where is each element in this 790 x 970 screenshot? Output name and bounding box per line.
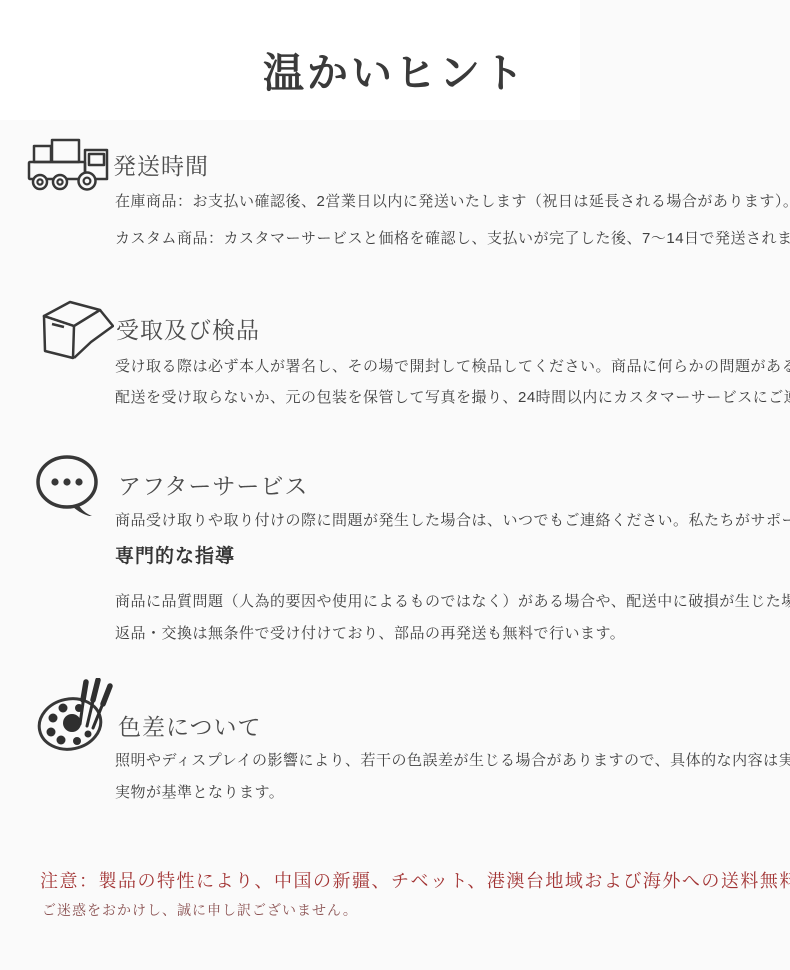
section-heading-color-diff: 色差について <box>118 709 262 742</box>
chat-bubble-icon <box>32 452 108 516</box>
notice-line-secondary: ご迷惑をおかけし、誠に申し訳ございません。 <box>42 900 358 920</box>
palette-icon <box>36 678 122 752</box>
section-heading-after-service: アフターサービス <box>118 468 308 501</box>
guidance-text-line-2: 返品・交換は無条件で受け付けており、部品の再発送も無料で行います。 <box>115 622 625 643</box>
section-heading-shipping: 発送時間 <box>113 148 209 181</box>
guidance-text-line-1: 商品に品質問題（人為的要因や使用によるものではなく）がある場合や、配送中に破損が… <box>115 590 790 611</box>
page-title: 温かいヒント <box>0 40 790 99</box>
subheading-professional-guidance: 専門的な指導 <box>115 541 235 568</box>
shipping-text-line-2: カスタム商品：カスタマーサービスと価格を確認し、支払いが完了した後、7～14日で… <box>115 227 790 248</box>
color-diff-text-line-1: 照明やディスプレイの影響により、若干の色誤差が生じる場合がありますので、具体的な… <box>115 749 790 770</box>
truck-icon <box>26 135 114 193</box>
warm-hints-page: 温かいヒント 発送時間 在庫商品：お支払い確認後、2営業日以内に発送い <box>0 0 790 970</box>
color-diff-text-line-2: 実物が基準となります。 <box>115 781 284 802</box>
receipt-text-line-2: 配送を受け取らないか、元の包装を保管して写真を撮り、24時間以内にカスタマーサー… <box>115 386 790 407</box>
shipping-text-line-1: 在庫商品：お支払い確認後、2営業日以内に発送いたします（祝日は延長される場合があ… <box>115 190 790 211</box>
section-heading-receipt: 受取及び検品 <box>116 312 260 345</box>
after-service-text-line-1: 商品受け取りや取り付けの際に問題が発生した場合は、いつでもご連絡ください。私たち… <box>115 509 790 530</box>
package-box-icon <box>36 295 114 361</box>
notice-line-primary: 注意：製品の特性により、中国の新疆、チベット、港澳台地域および海外への送料無料は… <box>40 867 790 893</box>
receipt-text-line-1: 受け取る際は必ず本人が署名し、その場で開封して検品してください。商品に何らかの問… <box>115 355 790 376</box>
